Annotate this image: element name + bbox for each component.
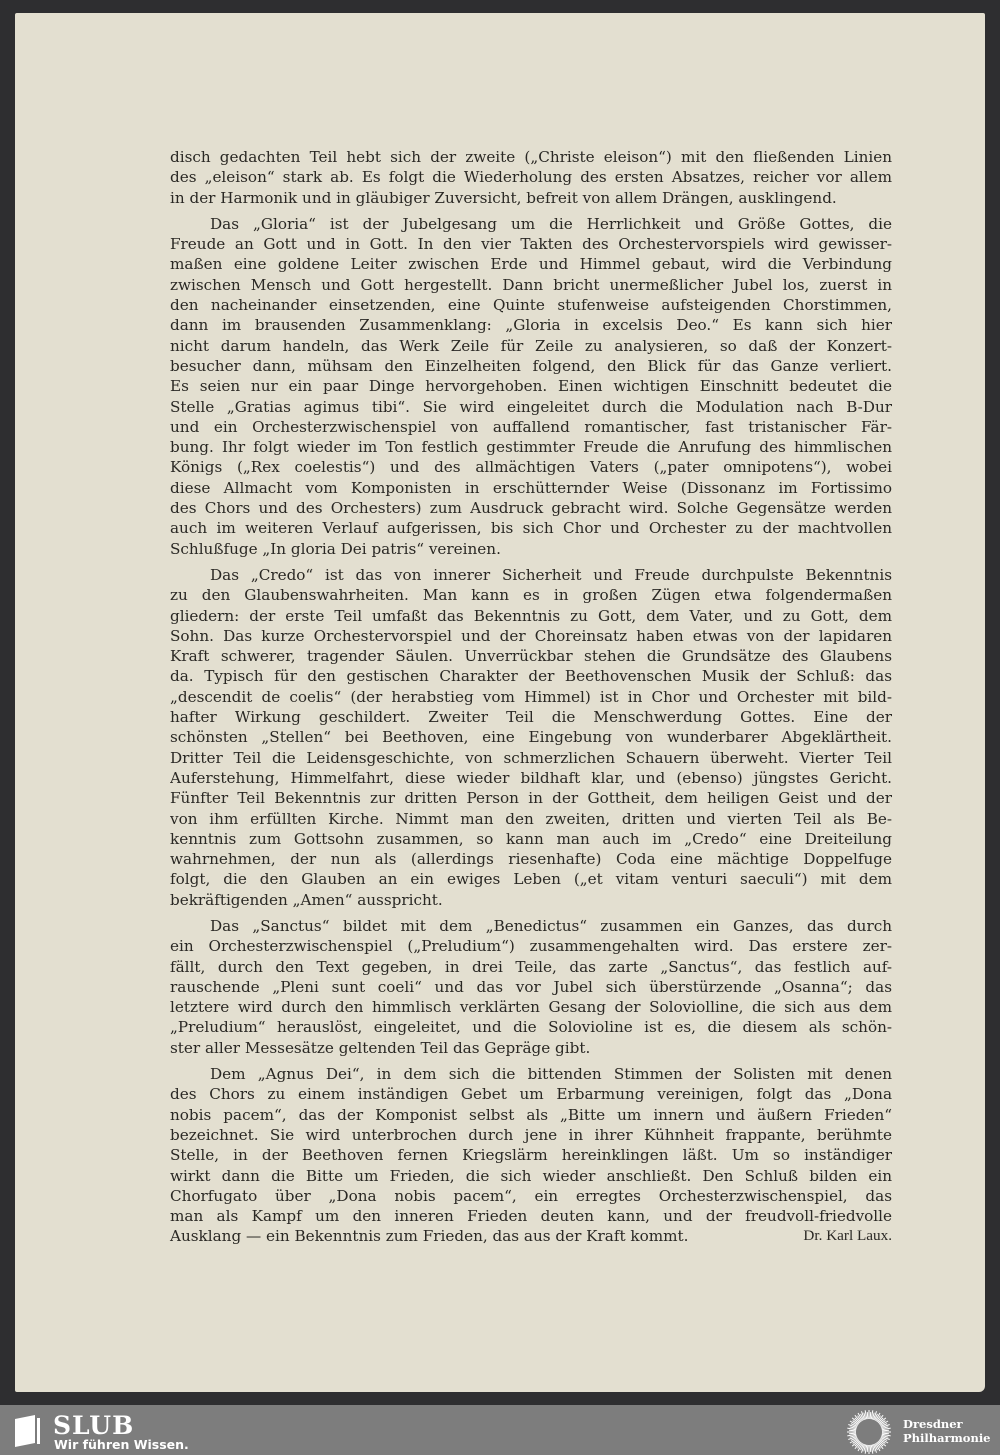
text-line: schönsten „Stellen“ bei Beethoven, eine …	[170, 727, 892, 747]
paragraph: Dem „Agnus Dei“, in dem sich die bittend…	[170, 1064, 892, 1247]
text-line: da. Typisch für den gestischen Charakter…	[170, 666, 892, 686]
author-signature: Dr. Karl Laux.	[803, 1226, 892, 1246]
text-line: wirkt dann die Bitte um Frieden, die sic…	[170, 1166, 892, 1186]
text-line: folgt, die den Glauben an ein ewiges Leb…	[170, 869, 892, 889]
paragraph: Das „Sanctus“ bildet mit dem „Benedictus…	[170, 916, 892, 1058]
text-line: bung. Ihr folgt wieder im Ton festlich g…	[170, 437, 892, 457]
text-line: dann im brausenden Zusammenklang: „Glori…	[170, 315, 892, 335]
closing-line: Ausklang — ein Bekenntnis zum Frieden, d…	[170, 1226, 892, 1246]
text-line: zu den Glaubenswahrheiten. Man kann es i…	[170, 585, 892, 605]
text-line: letztere wird durch den himmlisch verklä…	[170, 997, 892, 1017]
text-line: Das „Gloria“ ist der Jubelgesang um die …	[170, 214, 892, 234]
text-line: „descendit de coelis“ (der herabstieg vo…	[170, 687, 892, 707]
slub-logo-text: SLUB	[53, 1411, 134, 1440]
text-line: bezeichnet. Sie wird unterbrochen durch …	[170, 1125, 892, 1145]
text-line: disch gedachten Teil hebt sich der zweit…	[170, 147, 892, 167]
text-line: rauschende „Pleni sunt coeli“ und das vo…	[170, 977, 892, 997]
text-line: besucher dann, mühsam den Einzelheiten f…	[170, 356, 892, 376]
text-line: zwischen Mensch und Gott hergestellt. Da…	[170, 275, 892, 295]
sunburst-ring-icon	[843, 1409, 895, 1455]
text-line: ein Orchesterzwischenspiel („Preludium“)…	[170, 936, 892, 956]
book-icon	[13, 1415, 41, 1447]
philharmonie-name-line2: Philharmonie	[903, 1431, 991, 1445]
text-line: auch im weiteren Verlauf aufgerissen, bi…	[170, 518, 892, 538]
philharmonie-logo-text: Dresdner Philharmonie	[903, 1417, 991, 1445]
text-line: Königs („Rex coelestis“) und des allmäch…	[170, 457, 892, 477]
paragraph: Das „Credo“ ist das von innerer Sicherhe…	[170, 565, 892, 910]
scanned-page: disch gedachten Teil hebt sich der zweit…	[15, 13, 985, 1392]
text-line: Es seien nur ein paar Dinge hervorgehobe…	[170, 376, 892, 396]
text-line: wahrnehmen, der nun als (allerdings ries…	[170, 849, 892, 869]
text-line: Schlußfuge „In gloria Dei patris“ verein…	[170, 539, 892, 559]
text-line: den nacheinander einsetzenden, eine Quin…	[170, 295, 892, 315]
text-line: von ihm erfüllten Kirche. Nimmt man den …	[170, 809, 892, 829]
text-line: des Chors und des Orchesters) zum Ausdru…	[170, 498, 892, 518]
text-line: maßen eine goldene Leiter zwischen Erde …	[170, 254, 892, 274]
text-line: bekräftigenden „Amen“ ausspricht.	[170, 890, 892, 910]
text-line: Dritter Teil die Leidensgeschichte, von …	[170, 748, 892, 768]
text-line: „Preludium“ herauslöst, eingeleitet, und…	[170, 1017, 892, 1037]
text-line: Auferstehung, Himmelfahrt, diese wieder …	[170, 768, 892, 788]
text-line: in der Harmonik und in gläubiger Zuversi…	[170, 188, 892, 208]
article-text: disch gedachten Teil hebt sich der zweit…	[170, 147, 892, 1253]
text-line: hafter Wirkung geschildert. Zweiter Teil…	[170, 707, 892, 727]
paragraph: Das „Gloria“ ist der Jubelgesang um die …	[170, 214, 892, 559]
text-line: Das „Sanctus“ bildet mit dem „Benedictus…	[170, 916, 892, 936]
text-line: diese Allmacht vom Komponisten in erschü…	[170, 478, 892, 498]
text-line: ster aller Messesätze geltenden Teil das…	[170, 1038, 892, 1058]
text-line: nicht darum handeln, das Werk Zeile für …	[170, 336, 892, 356]
philharmonie-name-line1: Dresdner	[903, 1417, 991, 1431]
text-line: kenntnis zum Gottsohn zusammen, so kann …	[170, 829, 892, 849]
text-line: Stelle „Gratias agimus tibi“. Sie wird e…	[170, 397, 892, 417]
paragraph: disch gedachten Teil hebt sich der zweit…	[170, 147, 892, 208]
text-line: Chorfugato über „Dona nobis pacem“, ein …	[170, 1186, 892, 1206]
text-line: des Chors zu einem inständigen Gebet um …	[170, 1084, 892, 1104]
text-line: nobis pacem“, das der Komponist selbst a…	[170, 1105, 892, 1125]
footer-bar: SLUB Wir führen Wissen. Dresdner Philhar…	[0, 1405, 1000, 1455]
text-line: gliedern: der erste Teil umfaßt das Beke…	[170, 606, 892, 626]
text-line: Stelle, in der Beethoven fernen Kriegslä…	[170, 1145, 892, 1165]
text-line: des „eleison“ stark ab. Es folgt die Wie…	[170, 167, 892, 187]
text-line: und ein Orchesterzwischenspiel von auffa…	[170, 417, 892, 437]
text-line: fällt, durch den Text gegeben, in drei T…	[170, 957, 892, 977]
text-line: Sohn. Das kurze Orchestervorspiel und de…	[170, 626, 892, 646]
text-line: Dem „Agnus Dei“, in dem sich die bittend…	[170, 1064, 892, 1084]
text-line: Fünfter Teil Bekenntnis zur dritten Pers…	[170, 788, 892, 808]
closing-text: Ausklang — ein Bekenntnis zum Frieden, d…	[170, 1226, 688, 1246]
text-line: Das „Credo“ ist das von innerer Sicherhe…	[170, 565, 892, 585]
text-line: man als Kampf um den inneren Frieden deu…	[170, 1206, 892, 1226]
text-line: Kraft schwerer, tragender Säulen. Unverr…	[170, 646, 892, 666]
slub-tagline: Wir führen Wissen.	[54, 1437, 189, 1452]
text-line: Freude an Gott und in Gott. In den vier …	[170, 234, 892, 254]
